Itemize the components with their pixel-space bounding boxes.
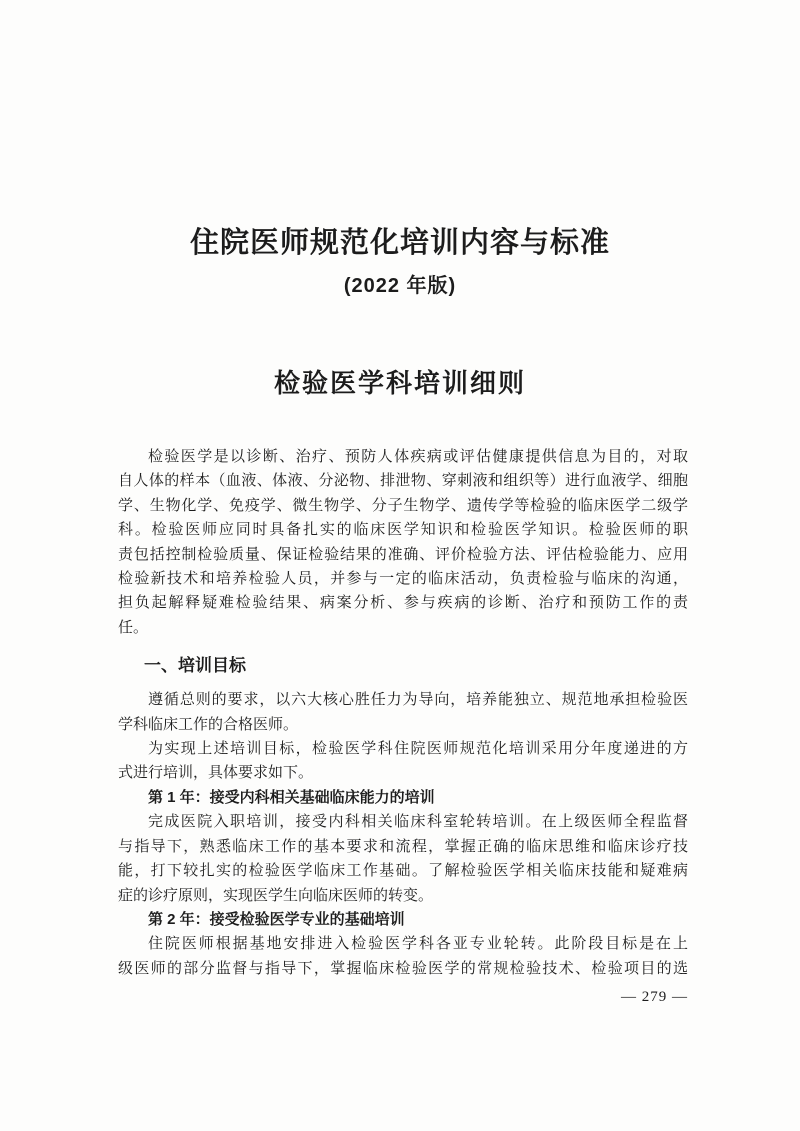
- year-subheading: 第 2 年：接受检验医学专业的基础培训: [118, 908, 688, 932]
- body-line: 住院医师根据基地安排进入检验医学科各亚专业轮转。此阶段目标是在上: [118, 932, 688, 956]
- body-line: 责包括控制检验质量、保证检验结果的准确、评价检验方法、评估检验能力、应用: [118, 543, 688, 567]
- document-page: 住院医师规范化培训内容与标准 (2022 年版) 检验医学科培训细则 检验医学是…: [0, 0, 800, 1131]
- body-line: 完成医院入职培训，接受内科相关临床科室轮转培训。在上级医师全程监督: [118, 810, 688, 834]
- doc-edition: (2022 年版): [0, 273, 800, 299]
- paragraph: 住院医师根据基地安排进入检验医学科各亚专业轮转。此阶段目标是在上级医师的部分监督…: [118, 932, 688, 981]
- body-line: 担负起解释疑难检验结果、病案分析、参与疾病的诊断、治疗和预防工作的责: [118, 591, 688, 615]
- body-line: 学科临床工作的合格医师。: [118, 713, 688, 737]
- body-line: 遵循总则的要求，以六大核心胜任力为导向，培养能独立、规范地承担检验医: [118, 688, 688, 712]
- paragraph: 遵循总则的要求，以六大核心胜任力为导向，培养能独立、规范地承担检验医学科临床工作…: [118, 688, 688, 737]
- doc-title: 住院医师规范化培训内容与标准: [0, 0, 800, 259]
- year-subheading: 第 1 年：接受内科相关基础临床能力的培训: [118, 786, 688, 810]
- body-line: 症的诊疗原则，实现医学生向临床医师的转变。: [118, 884, 688, 908]
- body-line: 检验新技术和培养检验人员，并参与一定的临床活动，负责检验与临床的沟通，: [118, 567, 688, 591]
- paragraph: 完成医院入职培训，接受内科相关临床科室轮转培训。在上级医师全程监督与指导下，熟悉…: [118, 810, 688, 908]
- body-line: 为实现上述培训目标，检验医学科住院医师规范化培训采用分年度递进的方: [118, 737, 688, 761]
- body-line: 式进行培训，具体要求如下。: [118, 761, 688, 785]
- body-line: 学、生物化学、免疫学、微生物学、分子生物学、遗传学等检验的临床医学二级学: [118, 494, 688, 518]
- paragraph: 检验医学是以诊断、治疗、预防人体疾病或评估健康提供信息为目的，对取自人体的样本（…: [118, 445, 688, 640]
- body-line: 与指导下，熟悉临床工作的基本要求和流程，掌握正确的临床思维和临床诊疗技: [118, 835, 688, 859]
- body-line: 科。检验医师应同时具备扎实的临床医学知识和检验医学知识。检验医师的职: [118, 518, 688, 542]
- body-line: 自人体的样本（血液、体液、分泌物、排泄物、穿刺液和组织等）进行血液学、细胞: [118, 469, 688, 493]
- body-line: 级医师的部分监督与指导下，掌握临床检验医学的常规检验技术、检验项目的选: [118, 957, 688, 981]
- page-number: — 279 —: [118, 987, 688, 1007]
- body-line: 检验医学是以诊断、治疗、预防人体疾病或评估健康提供信息为目的，对取: [118, 445, 688, 469]
- section-heading: 一、培训目标: [118, 654, 688, 678]
- page-body: 检验医学是以诊断、治疗、预防人体疾病或评估健康提供信息为目的，对取自人体的样本（…: [118, 445, 688, 981]
- section-title: 检验医学科培训细则: [0, 367, 800, 399]
- body-line: 任。: [118, 616, 688, 640]
- body-line: 能，打下较扎实的检验医学临床工作基础。了解检验医学相关临床技能和疑难病: [118, 859, 688, 883]
- paragraph: 为实现上述培训目标，检验医学科住院医师规范化培训采用分年度递进的方式进行培训，具…: [118, 737, 688, 786]
